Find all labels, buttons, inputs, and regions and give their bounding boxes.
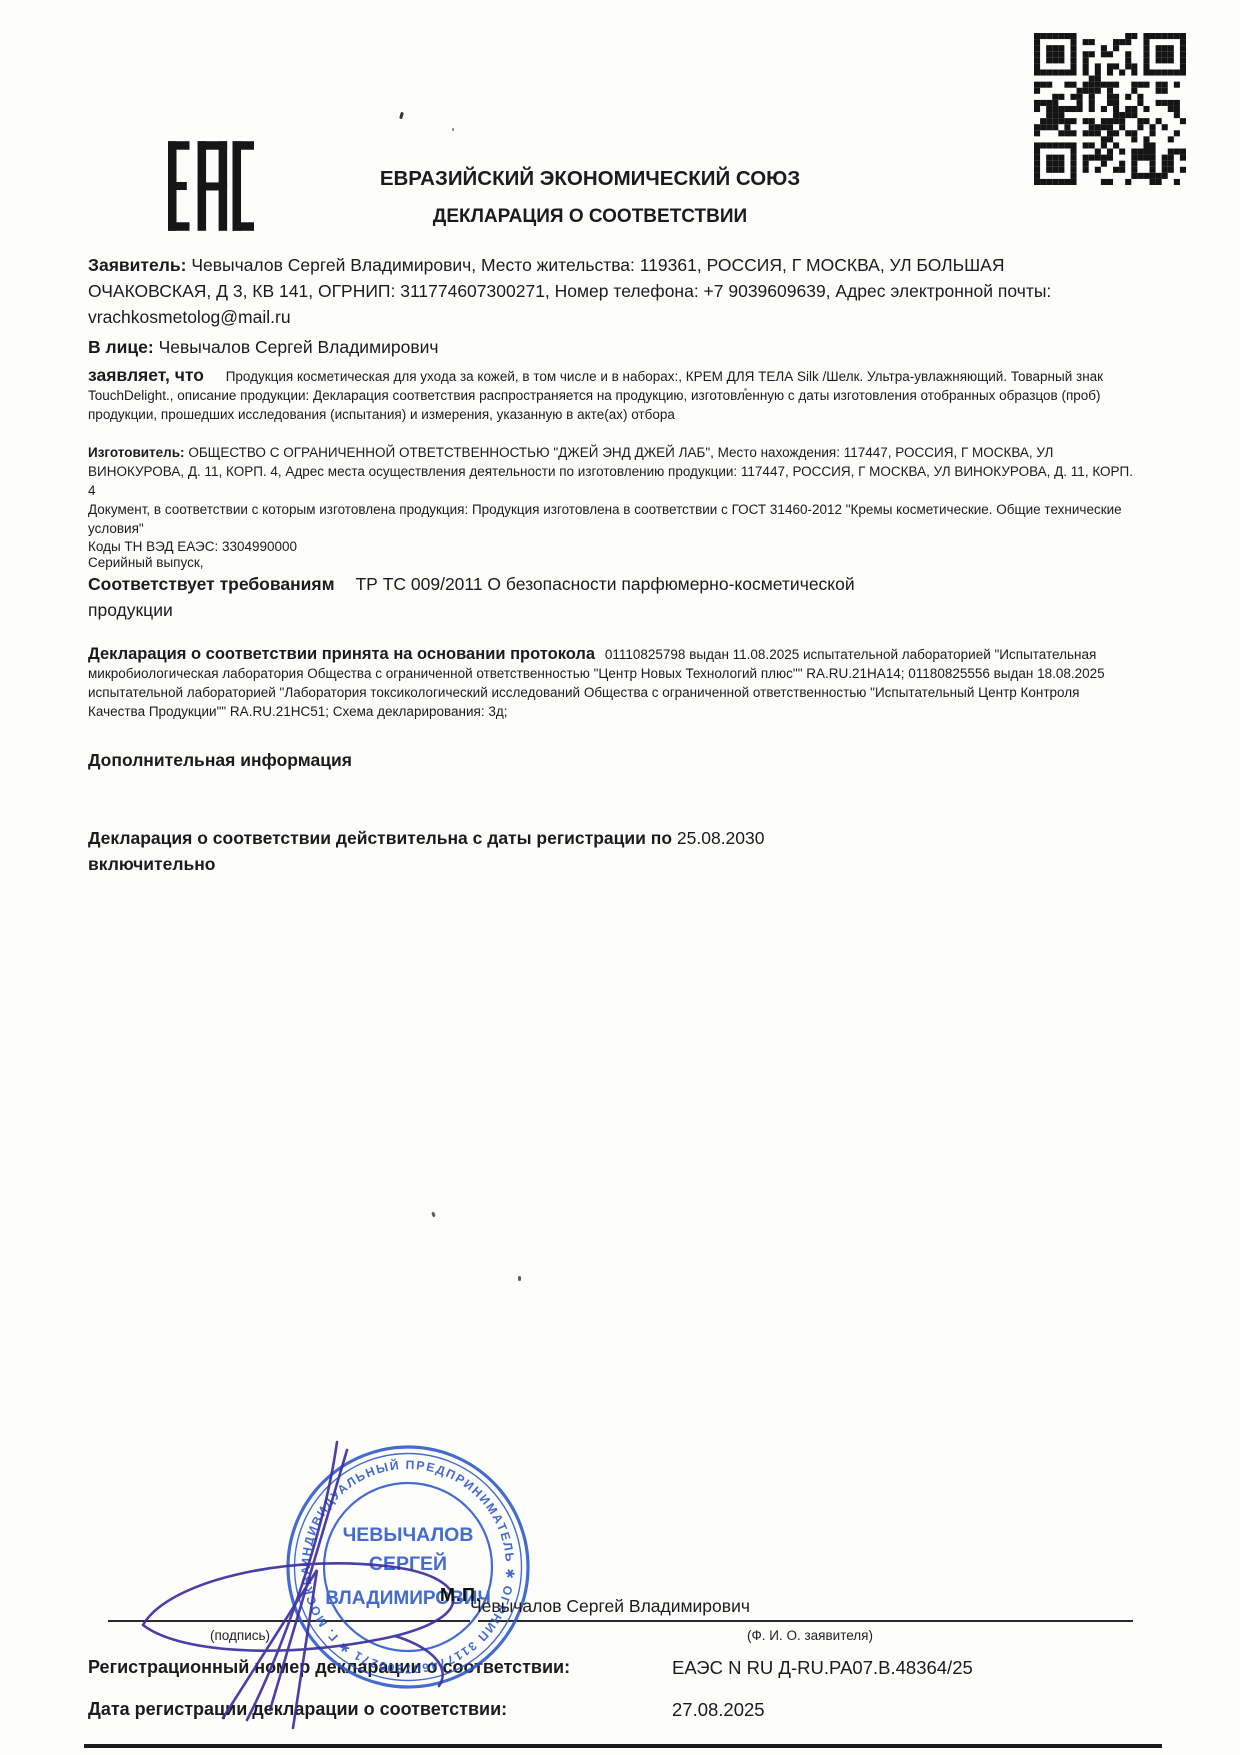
manufacturer-paragraph: Изготовитель: ОБЩЕСТВО С ОГРАНИЧЕННОЙ ОТ…	[88, 443, 1133, 500]
production-document-text: Документ, в соответствии с которым изгот…	[88, 502, 1122, 536]
manufacturer-text: ОБЩЕСТВО С ОГРАНИЧЕННОЙ ОТВЕТСТВЕННОСТЬЮ…	[88, 445, 1133, 498]
applicant-paragraph: Заявитель: Чевычалов Сергей Владимирович…	[88, 252, 1100, 330]
document-title: ДЕКЛАРАЦИЯ О СООТВЕТСТВИИ	[90, 206, 1090, 228]
person-label: В лице:	[88, 337, 154, 357]
protocol-label: Декларация о соответствии принята на осн…	[88, 645, 595, 663]
name-caption: (Ф. И. О. заявителя)	[690, 1628, 930, 1643]
person-text: Чевычалов Сергей Владимирович	[159, 337, 439, 357]
production-document-paragraph: Документ, в соответствии с которым изгот…	[88, 500, 1133, 538]
applicant-text: Чевычалов Сергей Владимирович, Место жит…	[88, 255, 1051, 327]
person-paragraph: В лице: Чевычалов Сергей Владимирович	[88, 334, 1100, 360]
name-line	[478, 1620, 1133, 1622]
mp-seal-label: М.П.	[440, 1585, 482, 1606]
validity-suffix: включительно	[88, 854, 215, 874]
validity-label: Декларация о соответствии действительна …	[88, 828, 672, 848]
registration-date-value: 27.08.2025	[672, 1699, 765, 1721]
scan-speck	[399, 112, 404, 120]
registration-number-value: ЕАЭС N RU Д-RU.РА07.В.48364/25	[672, 1657, 973, 1679]
serial-production-text: Серийный выпуск,	[88, 555, 204, 570]
applicant-typed-name: Чевычалов Сергей Владимирович	[470, 1596, 750, 1617]
declares-paragraph: заявляет, что Продукция косметическая дл…	[88, 366, 1133, 424]
conformity-regulation-text: ТР ТС 009/2011 О безопасности парфюмерно…	[355, 574, 854, 594]
handwritten-signature	[95, 1420, 575, 1750]
validity-paragraph: Декларация о соответствии действительна …	[88, 825, 1133, 877]
additional-info-heading: Дополнительная информация	[88, 747, 352, 773]
scan-speck	[518, 1276, 521, 1281]
protocol-paragraph: Декларация о соответствии принята на осн…	[88, 645, 1133, 721]
conformity-label: Соответствует требованиям	[88, 574, 335, 594]
applicant-label: Заявитель:	[88, 255, 186, 275]
conformity-regulation-text2: продукции	[88, 600, 173, 620]
declares-label: заявляет, что	[88, 365, 204, 385]
scan-speck	[431, 1212, 436, 1218]
serial-production-line: Серийный выпуск,	[88, 553, 1133, 572]
declaration-document: ЕВРАЗИЙСКИЙ ЭКОНОМИЧЕСКИЙ СОЮЗ ДЕКЛАРАЦИ…	[0, 0, 1240, 1755]
qr-code	[1034, 33, 1186, 185]
product-description-text: Продукция косметическая для ухода за кож…	[88, 369, 1103, 422]
validity-date: 25.08.2030	[677, 828, 765, 848]
tnved-codes-text: Коды ТН ВЭД ЕАЭС: 3304990000	[88, 539, 297, 554]
signature-strokes	[143, 1442, 453, 1728]
union-title: ЕВРАЗИЙСКИЙ ЭКОНОМИЧЕСКИЙ СОЮЗ	[90, 167, 1090, 191]
conformity-paragraph: Соответствует требованиям ТР ТС 009/2011…	[88, 571, 1133, 623]
scan-speck	[452, 128, 454, 131]
manufacturer-label: Изготовитель:	[88, 445, 185, 460]
scan-speck	[744, 388, 747, 391]
